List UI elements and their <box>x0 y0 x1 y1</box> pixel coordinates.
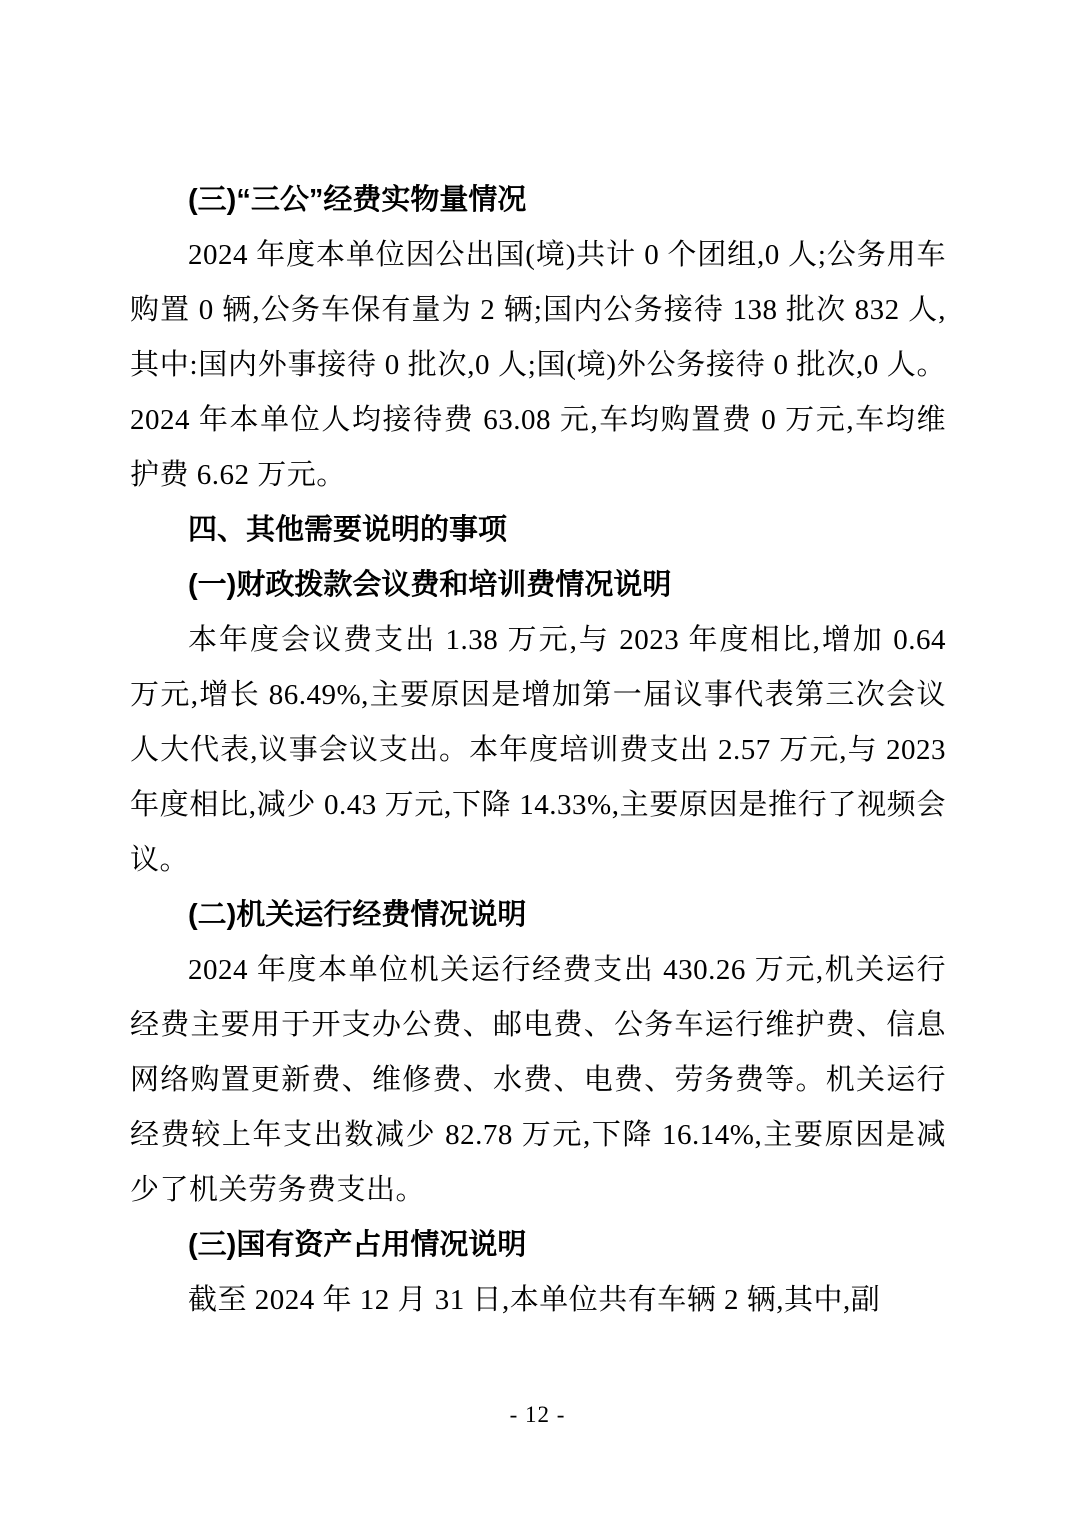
paragraph-meeting-training-fees: 本年度会议费支出 1.38 万元,与 2023 年度相比,增加 0.64 万元,… <box>130 613 946 888</box>
section-heading-meeting-training-fees: (一)财政拨款会议费和培训费情况说明 <box>130 558 946 613</box>
section-heading-operating-expenses: (二)机关运行经费情况说明 <box>130 888 946 943</box>
document-page: (三)“三公”经费实物量情况 2024 年度本单位因公出国(境)共计 0 个团组… <box>0 0 1075 1520</box>
document-content: (三)“三公”经费实物量情况 2024 年度本单位因公出国(境)共计 0 个团组… <box>130 173 946 1328</box>
paragraph-state-assets: 截至 2024 年 12 月 31 日,本单位共有车辆 2 辆,其中,副 <box>130 1273 946 1328</box>
paragraph-sangong-expenses: 2024 年度本单位因公出国(境)共计 0 个团组,0 人;公务用车购置 0 辆… <box>130 228 946 503</box>
section-heading-other-matters: 四、其他需要说明的事项 <box>130 503 946 558</box>
page-number: - 12 - <box>0 1400 1075 1430</box>
paragraph-operating-expenses: 2024 年度本单位机关运行经费支出 430.26 万元,机关运行经费主要用于开… <box>130 943 946 1218</box>
section-heading-sangong-expenses: (三)“三公”经费实物量情况 <box>130 173 946 228</box>
section-heading-state-assets: (三)国有资产占用情况说明 <box>130 1218 946 1273</box>
